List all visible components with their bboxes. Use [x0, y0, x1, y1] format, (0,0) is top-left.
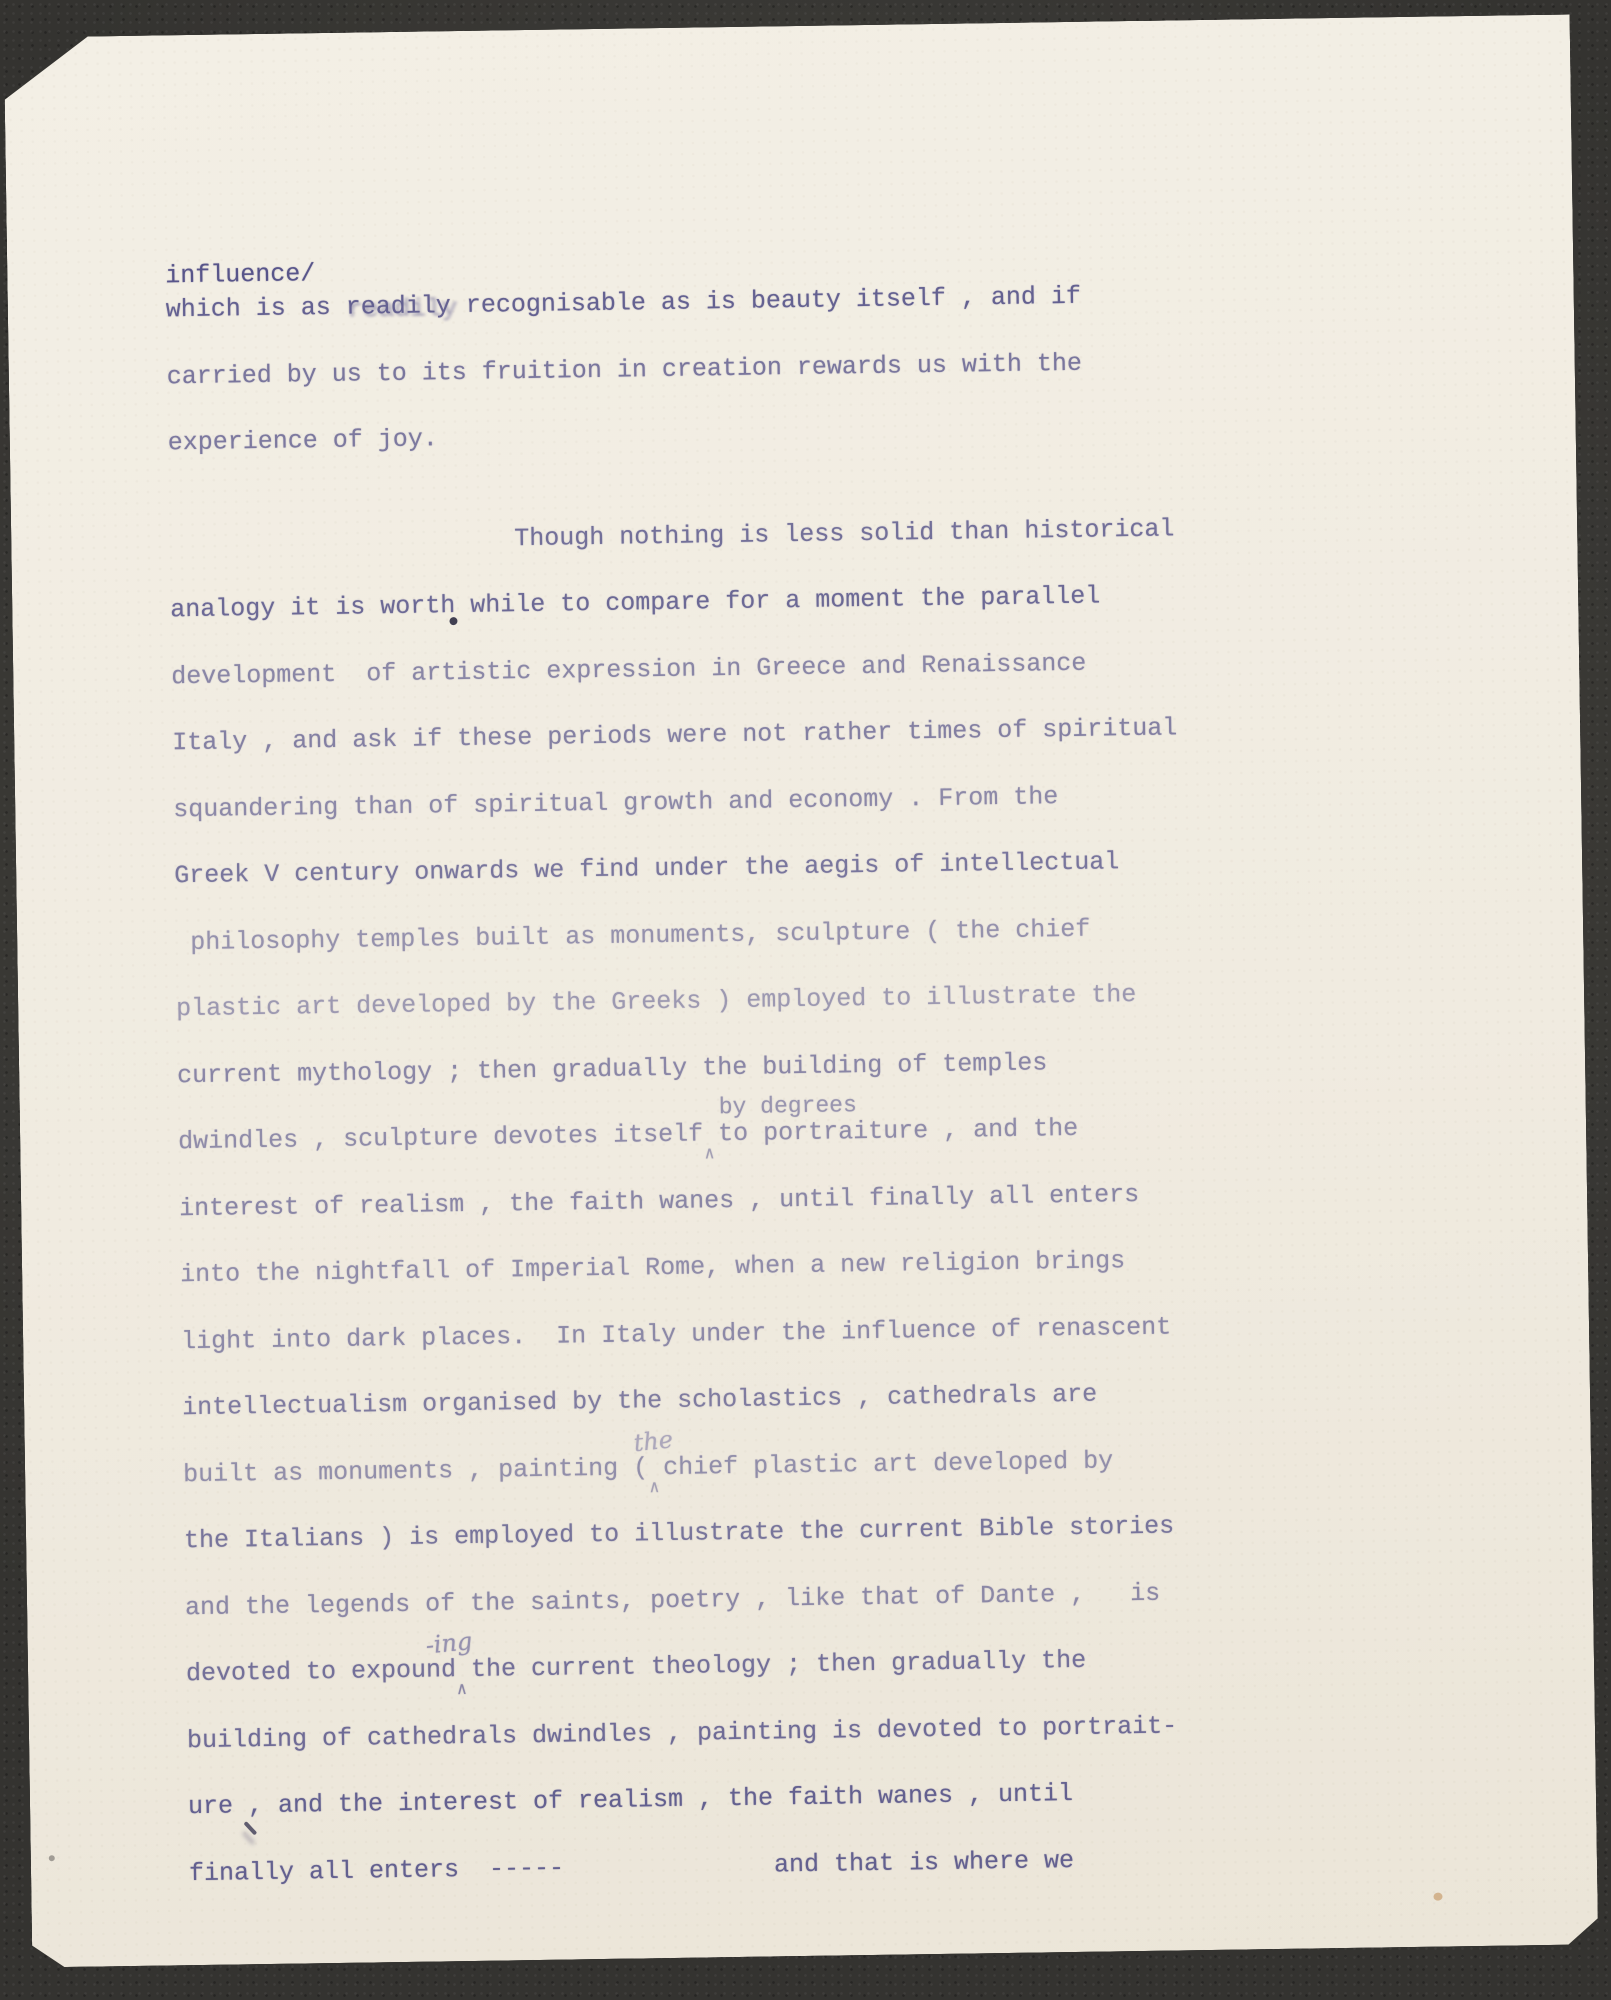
typed-line: finally all enters ----- and that is whe… [189, 1842, 1195, 1891]
typed-line-text: and the legends of the saints, poetry , … [185, 1578, 1160, 1621]
typed-line-text: into the nightfall of Imperial Rome, whe… [180, 1246, 1125, 1289]
typed-line: interest of realism , the faith wanes , … [179, 1177, 1185, 1226]
typed-line: into the nightfall of Imperial Rome, whe… [180, 1243, 1186, 1292]
typed-line-text: devoted to expound the current theology … [186, 1646, 1086, 1688]
caret-mark: ∧ [704, 1138, 715, 1172]
typed-line: plastic art developed by the Greeks ) em… [176, 977, 1182, 1026]
handwritten-insert: -ing [424, 1624, 474, 1663]
paper-smudge [49, 1855, 55, 1861]
typed-line-text: finally all enters ----- and that is whe… [189, 1846, 1074, 1888]
paper-speck [1433, 1893, 1442, 1901]
typed-line: carried by us to its fruition in creatio… [167, 345, 1173, 394]
typed-line: Though nothing is less solid than histor… [169, 512, 1175, 561]
typed-line-text: light into dark places. In Italy under t… [181, 1312, 1171, 1356]
typed-line: building of cathedrals dwindles , painti… [187, 1709, 1193, 1758]
typed-line: development of artistic expression in Gr… [171, 645, 1177, 694]
caret-mark: ∧ [649, 1472, 660, 1506]
handwritten-insert: the [632, 1422, 675, 1460]
typed-line: current mythology ; then gradually the b… [177, 1044, 1183, 1093]
overtype-smudge: readily [347, 292, 458, 328]
typed-line-text: dwindles , sculpture devotes itself to p… [178, 1114, 1078, 1156]
typed-line: squandering than of spiritual growth and… [173, 778, 1179, 827]
typed-line-text: building of cathedrals dwindles , painti… [187, 1711, 1177, 1755]
typed-line: dwindles , sculpture devotes itself to p… [178, 1110, 1184, 1159]
typed-line: experience of joy. [168, 411, 1174, 460]
typed-line-text: analogy it is worth while to compare for… [170, 582, 1100, 625]
typed-line-text: ure , and the interest of realism , the … [188, 1779, 1073, 1821]
typed-line-text: philosophy temples built as monuments, s… [175, 914, 1090, 957]
typed-line: ure , and the interest of realism , the … [188, 1775, 1194, 1824]
paper-sheet: influence/which is as readily recognisab… [4, 14, 1598, 1967]
typed-line-text: development of artistic expression in Gr… [171, 648, 1086, 691]
typed-line: built as monuments , painting ( chief pl… [183, 1443, 1189, 1492]
typed-line-text: Though nothing is less solid than histor… [169, 514, 1174, 558]
typed-line-text: Greek V century onwards we find under th… [174, 847, 1119, 890]
typed-line: and the legends of the saints, poetry , … [185, 1576, 1191, 1625]
typed-line: Italy , and ask if these periods were no… [172, 711, 1178, 760]
typed-line-text: intellectualism organised by the scholas… [182, 1380, 1097, 1423]
photo-background: influence/which is as readily recognisab… [0, 0, 1611, 2000]
typed-insert: by degrees [719, 1088, 858, 1124]
typed-line-text: carried by us to its fruition in creatio… [167, 348, 1082, 391]
typed-line-text: experience of joy. [168, 424, 438, 457]
typed-line-text: current mythology ; then gradually the b… [177, 1048, 1047, 1090]
typed-line-text: influence/ [165, 259, 315, 290]
typed-line-text: squandering than of spiritual growth and… [173, 782, 1058, 824]
typed-line: the Italians ) is employed to illustrate… [184, 1509, 1190, 1558]
typed-line-text: Italy , and ask if these periods were no… [172, 713, 1177, 757]
typed-text-block: influence/which is as readily recognisab… [165, 244, 1195, 1923]
typed-line: Greek V century onwards we find under th… [174, 844, 1180, 893]
typed-line-text: the Italians ) is employed to illustrate… [184, 1512, 1174, 1556]
typed-line: devoted to expound the current theology … [186, 1642, 1192, 1691]
typed-line: light into dark places. In Italy under t… [181, 1310, 1187, 1359]
ink-blot [449, 617, 457, 625]
typed-line-text: interest of realism , the faith wanes , … [179, 1180, 1139, 1223]
typed-line: analogy it is worth while to compare for… [170, 578, 1176, 627]
typed-line: philosophy temples built as monuments, s… [175, 911, 1181, 960]
typed-line: intellectualism organised by the scholas… [182, 1376, 1188, 1425]
caret-mark: ∧ [457, 1674, 468, 1708]
typed-line-text: plastic art developed by the Greeks ) em… [176, 980, 1136, 1023]
